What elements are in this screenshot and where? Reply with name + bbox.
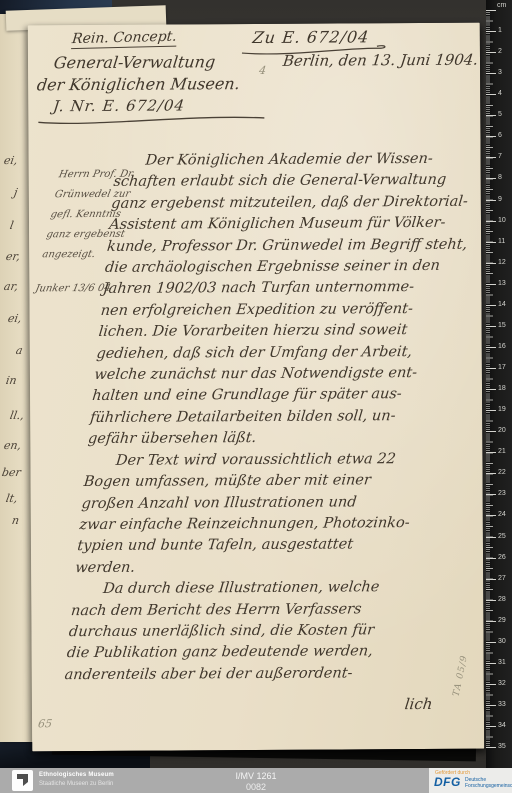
- ruler-cm-tick: [486, 579, 496, 580]
- ruler-cm-number: 27: [498, 575, 506, 582]
- previous-page-text-fragment: lt,: [5, 492, 19, 505]
- handwritten-line: zwar einfache Reinzeichnungen, Photozink…: [78, 513, 450, 537]
- ruler-cm-tick: [486, 347, 496, 348]
- funder-name-line2: Forschungsgemeinschaft: [465, 783, 512, 789]
- dateline: Berlin, den 13. Juni 1904.: [282, 51, 479, 70]
- ruler-halfcm-ticks: [486, 10, 493, 749]
- ruler-cm-number: 8: [498, 174, 502, 181]
- ruler-cm-tick: [486, 684, 496, 685]
- ruler-cm-tick: [486, 621, 496, 622]
- ruler-cm-tick: [486, 389, 496, 390]
- previous-page-text-fragment: l: [9, 219, 15, 232]
- previous-page-text-fragment: ei,: [3, 154, 19, 167]
- handwritten-line: welche zunächst nur das Notwendigste ent…: [93, 363, 465, 387]
- ruler-cm-number: 2: [498, 48, 502, 55]
- ruler-cm-number: 15: [498, 322, 506, 329]
- ruler-cm-tick: [486, 221, 496, 222]
- previous-page-text-fragment: ei,: [7, 312, 23, 325]
- ruler-cm-number: 35: [498, 743, 506, 750]
- ruler-cm-tick: [486, 663, 496, 664]
- handwritten-line: Der Text wird voraussichtlich etwa 22: [85, 448, 457, 472]
- previous-page-text-fragment: er,: [5, 250, 21, 263]
- body-text: Der Königlichen Akademie der Wissen-scha…: [64, 149, 487, 687]
- ruler-cm-tick: [486, 326, 496, 327]
- archival-footer-bar: Ethnologisches Museum Staatliche Museen …: [0, 768, 512, 793]
- handwritten-line: lichen. Die Vorarbeiten hierzu sind sowe…: [97, 320, 469, 344]
- handwritten-line: die Publikation ganz bedeutende werden,: [66, 641, 438, 665]
- handwritten-line: Jahren 1902/03 nach Turfan unternomme-: [102, 277, 474, 301]
- ruler-cm-number: 9: [498, 196, 502, 203]
- ruler-cm-number: 12: [498, 259, 506, 266]
- ruler-cm-number: 5: [498, 111, 502, 118]
- handwritten-line: ganz ergebenst mitzuteilen, daß der Dire…: [110, 191, 482, 215]
- ruler-cm-tick: [486, 431, 496, 432]
- ruler-cm-tick: [486, 494, 496, 495]
- handwritten-line: schaften erlaubt sich die General-Verwal…: [112, 170, 484, 194]
- ruler-cm-number: 28: [498, 596, 506, 603]
- previous-page-text-fragment: en,: [3, 439, 22, 452]
- ruler-cm-number: 4: [498, 90, 502, 97]
- handwritten-line: halten und eine Grundlage für später aus…: [91, 384, 463, 408]
- ruler-cm-number: 18: [498, 385, 506, 392]
- folio-number: 65: [37, 717, 53, 730]
- ruler-cm-number: 30: [498, 638, 506, 645]
- ruler-cm-tick: [486, 157, 496, 158]
- ruler-cm-number: 24: [498, 511, 506, 518]
- handwritten-line: nen erfolgreichen Expedition zu veröffen…: [100, 299, 472, 323]
- ruler-cm-number: 13: [498, 280, 506, 287]
- ruler-cm-tick: [486, 368, 496, 369]
- catchword: lich: [404, 695, 434, 713]
- previous-page-text-fragment: j: [13, 186, 19, 199]
- ruler-cm-tick: [486, 115, 496, 116]
- handwritten-line: Der Königlichen Akademie der Wissen-: [114, 149, 486, 173]
- handwritten-line: großen Anzahl von Illustrationen und: [81, 491, 453, 515]
- paragraph: Der Königlichen Akademie der Wissen-scha…: [87, 149, 487, 451]
- paragraph: Der Text wird voraussichtlich etwa 22Bog…: [74, 448, 457, 579]
- handwritten-line: Assistent am Königlichen Museum für Völk…: [108, 213, 480, 237]
- scanned-document-view: ei,jler,ar,ei,ainll.,en,berlt,n Rein. Co…: [0, 0, 512, 793]
- ruler-cm-number: 22: [498, 469, 506, 476]
- handwritten-line: Bogen umfassen, müßte aber mit einer: [83, 470, 455, 494]
- ruler-cm-tick: [486, 284, 496, 285]
- ruler-cm-number: 6: [498, 132, 502, 139]
- handwritten-line: nach dem Bericht des Herrn Verfassers: [70, 598, 442, 622]
- ruler-cm-tick: [486, 642, 496, 643]
- previous-page-text-fragment: ar,: [3, 280, 19, 293]
- paragraph: Da durch diese Illustrationen, welchenac…: [64, 577, 445, 686]
- ruler-cm-tick: [486, 452, 496, 453]
- handwritten-line: die archäologischen Ergebnisse seiner in…: [104, 256, 476, 280]
- ruler-cm-number: 17: [498, 364, 506, 371]
- ruler-cm-number: 34: [498, 722, 506, 729]
- ruler-cm-number: 23: [498, 490, 506, 497]
- ruler-cm-number: 3: [498, 69, 502, 76]
- ruler-cm-number: 25: [498, 533, 506, 540]
- ruler-cm-tick: [486, 52, 496, 53]
- cm-ruler: cm 1234567891011121314151617181920212223…: [486, 0, 512, 768]
- handwritten-line: gefähr übersehen läßt.: [87, 427, 459, 451]
- ruler-cm-tick: [486, 73, 496, 74]
- handwritten-line: typien und bunte Tafeln, ausgestattet: [76, 534, 448, 558]
- handwritten-line: gediehen, daß sich der Umfang der Arbeit…: [95, 341, 467, 365]
- handwritten-line: durchaus unerläßlich sind, die Kosten fü…: [68, 620, 440, 644]
- ruler-cm-tick: [486, 31, 496, 32]
- ruler-cm-number: 7: [498, 153, 502, 160]
- ruler-cm-tick: [486, 136, 496, 137]
- ruler-cm-tick: [486, 305, 496, 306]
- ruler-cm-tick: [486, 537, 496, 538]
- pencil-page-number: 4: [258, 64, 267, 77]
- ruler-cm-tick: [486, 473, 496, 474]
- ruler-cm-tick: [486, 600, 496, 601]
- ruler-cm-tick: [486, 263, 496, 264]
- ruler-cm-number: 10: [498, 217, 506, 224]
- dfg-logo-block: Gefördert durch DFG Deutsche Forschungsg…: [429, 768, 512, 793]
- handwritten-line: führlichere Detailarbeiten bilden soll, …: [89, 406, 461, 430]
- ruler-cm-number: 19: [498, 406, 506, 413]
- ruler-cm-number: 32: [498, 680, 506, 687]
- previous-page-text-fragment: ber: [1, 466, 22, 479]
- previous-page-text-fragment: ll.,: [9, 409, 25, 422]
- document-type-note: Rein. Concept.: [71, 29, 178, 49]
- ruler-cm-number: 26: [498, 554, 506, 561]
- ruler-cm-tick: [486, 558, 496, 559]
- ruler-cm-tick: [486, 94, 496, 95]
- ruler-cm-tick: [486, 178, 496, 179]
- underline-flourish: [36, 110, 268, 127]
- ruler-unit-label: cm: [497, 2, 506, 9]
- handwritten-line: anderenteils aber bei der außerordent-: [64, 663, 436, 687]
- ruler-cm-number: 31: [498, 659, 506, 666]
- previous-page-text-fragment: in: [5, 374, 18, 387]
- ruler-cm-number: 29: [498, 617, 506, 624]
- ruler-cm-tick: [486, 200, 496, 201]
- handwritten-line: werden.: [74, 556, 446, 580]
- sender-line-1: General-Verwaltung: [53, 52, 217, 72]
- ruler-cm-tick: [486, 410, 496, 411]
- handwritten-line: kunde, Professor Dr. Grünwedel im Begrif…: [106, 234, 478, 258]
- pencil-side-note: TA 05/9: [452, 654, 470, 697]
- ruler-cm-number: 16: [498, 343, 506, 350]
- ruler-cm-number: 33: [498, 701, 506, 708]
- ruler-cm-tick: [486, 515, 496, 516]
- ruler-cm-tick: [486, 747, 496, 748]
- ruler-cm-tick: [486, 10, 496, 11]
- ruler-cm-number: 1: [498, 27, 502, 34]
- ruler-cm-tick: [486, 726, 496, 727]
- sender-line-2: der Königlichen Museen.: [36, 74, 241, 94]
- previous-page-text-fragment: n: [11, 514, 20, 527]
- letter-page: Rein. Concept. General-Verwaltung der Kö…: [28, 23, 484, 752]
- ruler-cm-number: 21: [498, 448, 506, 455]
- handwritten-line: Da durch diese Illustrationen, welche: [72, 577, 444, 601]
- ruler-cm-number: 14: [498, 301, 506, 308]
- dfg-logo: DFG: [434, 775, 461, 789]
- ruler-cm-number: 20: [498, 427, 506, 434]
- previous-page-text-fragment: a: [15, 344, 24, 357]
- ruler-cm-tick: [486, 242, 496, 243]
- ruler-cm-tick: [486, 705, 496, 706]
- ruler-cm-number: 11: [498, 238, 505, 245]
